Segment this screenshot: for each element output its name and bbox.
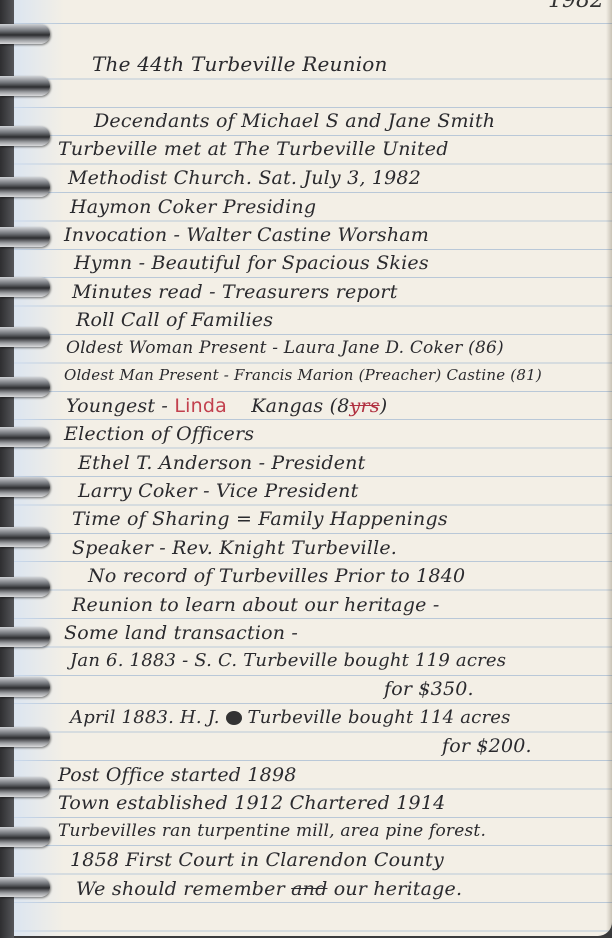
spiral-ring (0, 577, 50, 597)
spiral-ring (0, 727, 50, 747)
note-line: No record of Turbevilles Prior to 1840 (88, 565, 465, 587)
note-line: Time of Sharing = Family Happenings (72, 508, 448, 530)
note-line: Election of Officers (64, 423, 254, 445)
youngest-line: Youngest - Linda Kangas (8yrs) (66, 395, 387, 417)
spiral-ring (0, 277, 50, 297)
closing-line: We should remember and our heritage. (76, 878, 462, 900)
spiral-ring (0, 527, 50, 547)
spiral-ring (0, 677, 50, 697)
spiral-ring (0, 627, 50, 647)
closing-suffix: our heritage. (334, 878, 462, 900)
note-line: Post Office started 1898 (58, 764, 297, 786)
note-line: Speaker - Rev. Knight Turbeville. (72, 537, 397, 559)
note-line: for $350. (384, 678, 474, 700)
note-line: Jan 6. 1883 - S. C. Turbeville bought 11… (70, 650, 506, 671)
notebook-page: 1982 The 44th Turbeville Reunion Decenda… (14, 0, 612, 936)
april-suffix: Turbeville bought 114 acres (248, 707, 511, 728)
youngest-close: ) (380, 395, 388, 417)
spiral-ring (0, 76, 50, 96)
note-line: Town established 1912 Chartered 1914 (58, 792, 445, 814)
youngest-name-red: Linda (174, 395, 227, 417)
spiral-ring (0, 477, 50, 497)
closing-struck: and (291, 878, 327, 900)
scribble-mark: x (226, 711, 242, 725)
spiral-ring (0, 377, 50, 397)
spiral-ring (0, 227, 50, 247)
spiral-ring (0, 177, 50, 197)
year-corner: 1982 (548, 0, 604, 13)
note-line: 1858 First Court in Clarendon County (70, 849, 444, 871)
note-line: Oldest Woman Present - Laura Jane D. Cok… (66, 338, 504, 358)
note-line: Ethel T. Anderson - President (78, 452, 365, 474)
note-line: Haymon Coker Presiding (70, 196, 316, 218)
page-title: The 44th Turbeville Reunion (92, 52, 388, 76)
note-line: Hymn - Beautiful for Spacious Skies (74, 252, 429, 274)
youngest-prefix: Youngest - (66, 395, 168, 417)
spiral-ring (0, 877, 50, 897)
youngest-suffix: Kangas (8 (251, 395, 349, 417)
youngest-struck: yrs (350, 395, 380, 417)
note-line: Methodist Church. Sat. July 3, 1982 (68, 167, 421, 189)
spiral-ring (0, 777, 50, 797)
note-line: Oldest Man Present - Francis Marion (Pre… (64, 366, 542, 384)
spiral-ring (0, 427, 50, 447)
note-line: Decendants of Michael S and Jane Smith (94, 110, 495, 132)
april-price: for $200. (442, 735, 532, 757)
closing-prefix: We should remember (76, 878, 285, 900)
note-line: Roll Call of Families (76, 309, 273, 331)
spiral-ring (0, 327, 50, 347)
spiral-ring (0, 827, 50, 847)
note-line: Invocation - Walter Castine Worsham (64, 224, 429, 246)
april-line: April 1883. H. J. x Turbeville bought 11… (70, 707, 511, 728)
spiral-ring (0, 24, 50, 44)
april-prefix: April 1883. H. J. (70, 707, 220, 728)
note-line: Turbevilles ran turpentine mill, area pi… (58, 821, 486, 841)
note-line: Turbeville met at The Turbeville United (58, 138, 449, 160)
note-line: Minutes read - Treasurers report (72, 281, 398, 303)
note-line: Larry Coker - Vice President (78, 480, 358, 502)
spiral-ring (0, 126, 50, 146)
note-line: Some land transaction - (64, 622, 298, 644)
note-line: Reunion to learn about our heritage - (72, 594, 439, 616)
